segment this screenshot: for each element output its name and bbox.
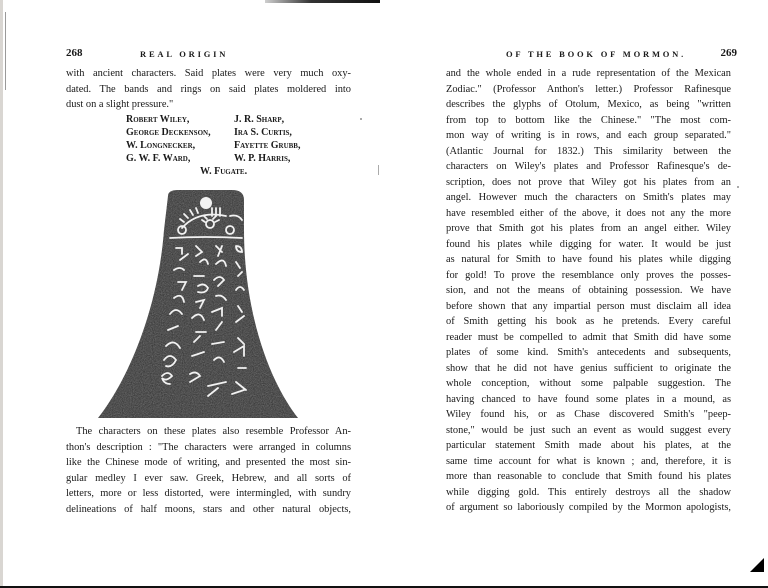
caption-paragraph: The characters on these plates also rese… [66, 424, 351, 517]
text-line: whole conception, without some palpable … [446, 376, 731, 392]
signatory: Ira S. Curtis, [234, 126, 292, 139]
text-line: delineations of half moons, stars and ot… [66, 502, 351, 518]
running-head: OF THE BOOK OF MORMON. 269 [446, 46, 731, 60]
page-number: 268 [66, 46, 83, 62]
text-line: prove that Smith got his plates from an … [446, 221, 731, 237]
text-line: of Smith getting his book as he pretends… [446, 314, 731, 330]
signatory: Robert Wiley, [126, 113, 189, 126]
left-page-edge [0, 0, 3, 586]
running-head: 268 REAL ORIGIN [66, 46, 351, 60]
text-line: scription, does not prove that Wiley got… [446, 175, 731, 191]
opening-paragraph: with ancient characters. Said plates wer… [66, 66, 351, 113]
engraved-plate-icon [98, 190, 298, 420]
text-line: angel. However much the characters on Sm… [446, 190, 731, 206]
text-line: while digging gold. This entirely destro… [446, 485, 731, 501]
text-line: show that he did not have genius suffici… [446, 361, 731, 377]
right-page: OF THE BOOK OF MORMON. 269 and the whole… [446, 46, 731, 516]
scan-speck [737, 186, 739, 188]
text-line: like the Chinese mode of writing, and pr… [66, 455, 351, 471]
signatory: G. W. F. Ward, [126, 152, 190, 165]
signature-row: G. W. F. Ward, W. P. Harris, [66, 152, 351, 165]
text-line: sion, and not the means of obtaining pos… [446, 283, 731, 299]
text-line: dated. The bands and rings on said plate… [66, 82, 351, 98]
text-line: of argument so laboriously compiled by t… [446, 500, 731, 516]
text-line: (Atlantic Journal for 1832.) This simila… [446, 144, 731, 160]
text-line: mon way of writing is in rows, and each … [446, 128, 731, 144]
signature-row: Robert Wiley, J. R. Sharp, [66, 113, 351, 126]
text-line: characters on Wiley's plates and Profess… [446, 159, 731, 175]
text-line: for gold! To prove the resemblance only … [446, 268, 731, 284]
text-line: same time account for what is known ; an… [446, 454, 731, 470]
body-paragraph: and the whole ended in a rude representa… [446, 66, 731, 516]
text-line: thon's description : "The characters wer… [66, 440, 351, 456]
signatory: W. Longnecker, [126, 139, 195, 152]
page-number: 269 [721, 46, 738, 62]
top-scan-bar [265, 0, 380, 3]
text-line: describes the glyphs of Otolum, Mexico, … [446, 97, 731, 113]
signature-row: W. Longnecker, Fayette Grubb, [66, 139, 351, 152]
text-line: plates of some kind. Smith's antecedents… [446, 345, 731, 361]
signature-list: Robert Wiley, J. R. Sharp, George Decken… [66, 113, 351, 179]
text-line: found his plates while digging for water… [446, 237, 731, 253]
text-line: Wiley found his, or as Chase discovered … [446, 407, 731, 423]
signature-row: George Deckenson, Ira S. Curtis, [66, 126, 351, 139]
text-line: before shown that any impartial person m… [446, 299, 731, 315]
text-line: The characters on these plates also rese… [66, 424, 351, 440]
signatory: W. P. Harris, [234, 152, 290, 165]
signatory: W. Fugate. [200, 165, 247, 178]
text-line: dust on a slight pressure." [66, 97, 351, 113]
plate-illustration [98, 190, 298, 420]
text-line: have resembled either of the above, it d… [446, 206, 731, 222]
left-margin-mark [5, 12, 6, 90]
signatory: George Deckenson, [126, 126, 211, 139]
signatory: Fayette Grubb, [234, 139, 300, 152]
signatory: J. R. Sharp, [234, 113, 284, 126]
text-line: from top to bottom like the Chinese." "T… [446, 113, 731, 129]
text-line: Zodiac." (Professor Anthon's letter.) Pr… [446, 82, 731, 98]
text-line: more than reasonable to conclude that Sm… [446, 469, 731, 485]
page-turn-corner-icon[interactable] [750, 558, 764, 572]
left-page: 268 REAL ORIGIN with ancient characters.… [66, 46, 351, 178]
signature-row: W. Fugate. [66, 165, 351, 178]
running-title: REAL ORIGIN [140, 47, 228, 63]
running-title: OF THE BOOK OF MORMON. [506, 47, 686, 63]
text-line: reader must be compelled to admit that S… [446, 330, 731, 346]
scan-speck [360, 118, 362, 120]
scan-speck [378, 165, 379, 175]
text-line: having chanced to have found some plates… [446, 392, 731, 408]
text-line: and the whole ended in a rude representa… [446, 66, 731, 82]
text-line: particular statement Smith made about hi… [446, 438, 731, 454]
text-line: letters, more or less distorted, were in… [66, 486, 351, 502]
text-line: as natural for Smith to have found his p… [446, 252, 731, 268]
text-line: gular medley I ever saw. Greek, Hebrew, … [66, 471, 351, 487]
text-line: with ancient characters. Said plates wer… [66, 66, 351, 82]
text-line: stone," would be just such an event as w… [446, 423, 731, 439]
